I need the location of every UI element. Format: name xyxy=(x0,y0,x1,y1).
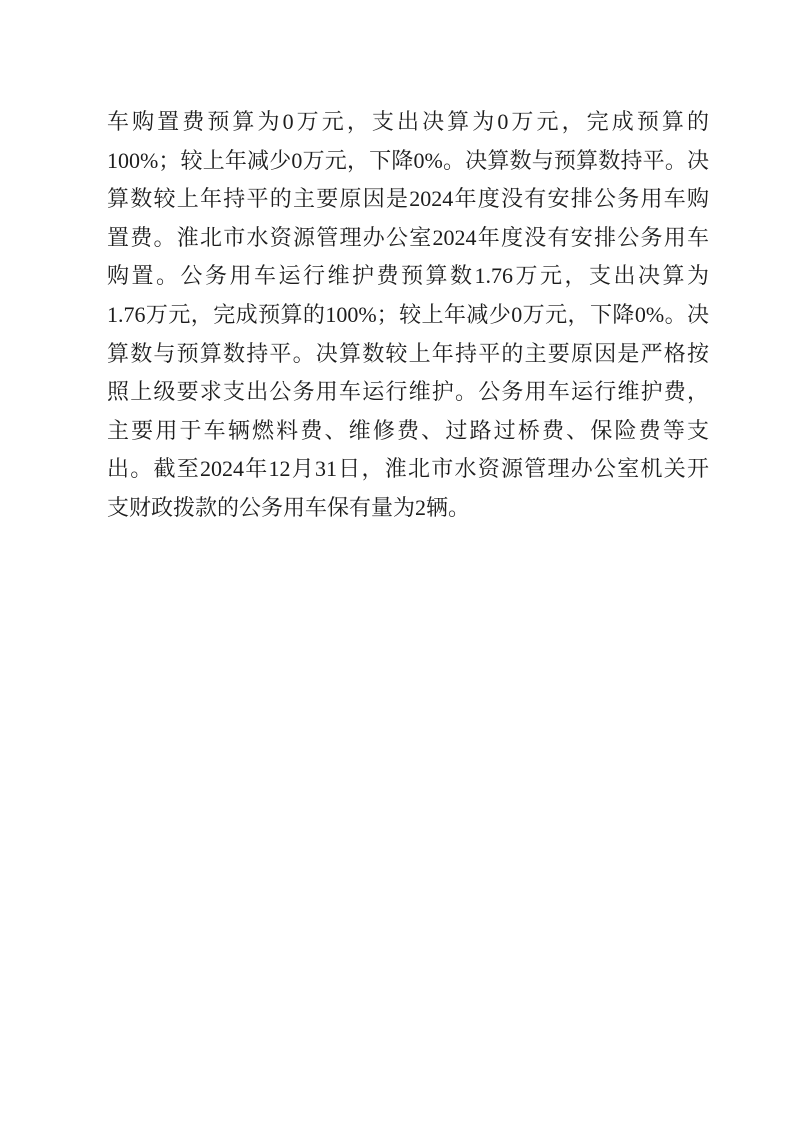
text-line-2: 100%；较上年减少0万元，下降0%。决算数与预算数持平。决 xyxy=(107,142,709,181)
text-line-6: 1.76万元，完成预算的100%；较上年减少0万元，下降0%。决 xyxy=(107,296,709,335)
text-line-3: 算数较上年持平的主要原因是2024年度没有安排公务用车购 xyxy=(107,180,709,219)
text-line-10: 出。截至2024年12月31日，淮北市水资源管理办公室机关开 xyxy=(107,450,709,489)
text-line-1: 车购置费预算为0万元，支出决算为0万元，完成预算的 xyxy=(107,103,709,142)
body-paragraph: 车购置费预算为0万元，支出决算为0万元，完成预算的 100%；较上年减少0万元，… xyxy=(107,103,709,528)
text-line-8: 照上级要求支出公务用车运行维护。公务用车运行维护费， xyxy=(107,373,709,412)
text-line-7: 算数与预算数持平。决算数较上年持平的主要原因是严格按 xyxy=(107,335,709,374)
text-line-5: 购置。公务用车运行维护费预算数1.76万元，支出决算为 xyxy=(107,257,709,296)
text-line-9: 主要用于车辆燃料费、维修费、过路过桥费、保险费等支 xyxy=(107,412,709,451)
text-line-11: 支财政拨款的公务用车保有量为2辆。 xyxy=(107,489,709,528)
document-page: 车购置费预算为0万元，支出决算为0万元，完成预算的 100%；较上年减少0万元，… xyxy=(0,0,793,1122)
text-line-4: 置费。淮北市水资源管理办公室2024年度没有安排公务用车 xyxy=(107,219,709,258)
